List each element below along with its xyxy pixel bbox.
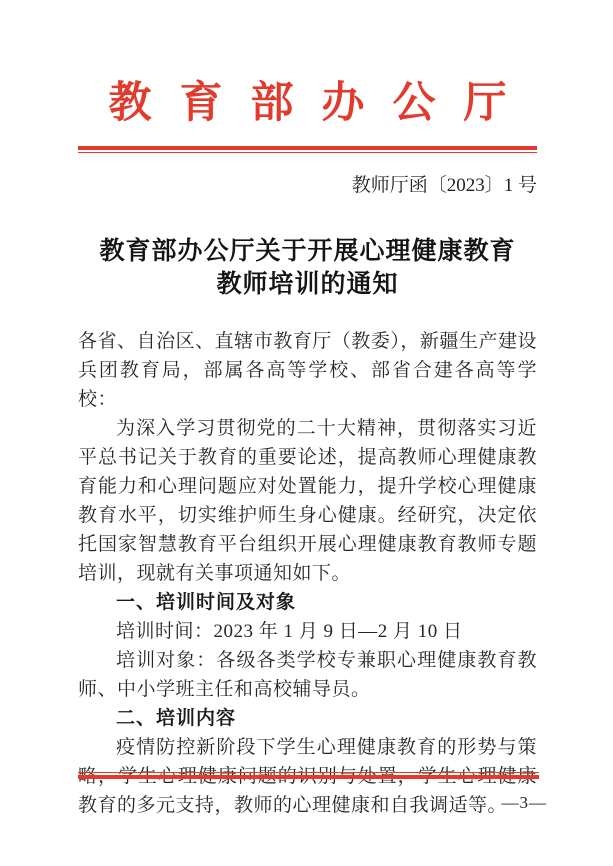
notice-title: 教育部办公厅关于开展心理健康教育 教师培训的通知 (78, 235, 537, 301)
training-time: 培训时间：2023 年 1 月 9 日—2 月 10 日 (78, 617, 537, 646)
document-page: 教育部办公厅 教师厅函〔2023〕1 号 教育部办公厅关于开展心理健康教育 教师… (0, 0, 613, 866)
section-2-heading: 二、培训内容 (78, 704, 537, 733)
salutation: 各省、自治区、直辖市教育厅（教委），新疆生产建设兵团教育局，部属各高等学校、部省… (78, 327, 537, 414)
page-number: —3— (502, 792, 548, 814)
footer-divider (78, 772, 539, 779)
notice-title-line2: 教师培训的通知 (216, 271, 398, 298)
notice-title-line1: 教育部办公厅关于开展心理健康教育 (99, 238, 515, 265)
section-1-heading: 一、培训时间及对象 (78, 588, 537, 617)
agency-title: 教育部办公厅 (78, 74, 537, 134)
intro-paragraph: 为深入学习贯彻党的二十大精神，贯彻落实习近平总书记关于教育的重要论述，提高教师心… (78, 414, 537, 588)
notice-body: 各省、自治区、直辖市教育厅（教委），新疆生产建设兵团教育局，部属各高等学校、部省… (78, 327, 537, 820)
header-divider (78, 146, 537, 153)
doc-number: 教师厅函〔2023〕1 号 (78, 173, 537, 199)
training-target: 培训对象：各级各类学校专兼职心理健康教育教师、中小学班主任和高校辅导员。 (78, 646, 537, 704)
